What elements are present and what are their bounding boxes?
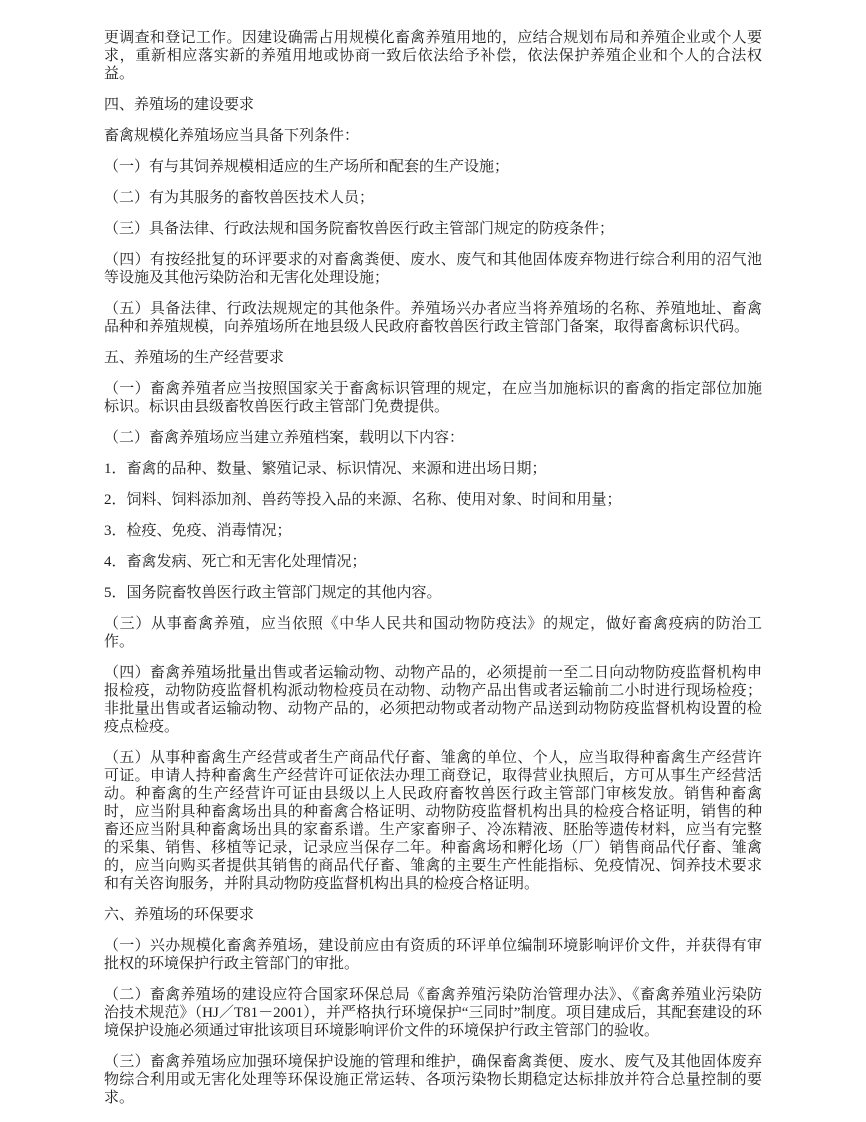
list-item: 2．饲料、饲料添加剂、兽药等投入品的来源、名称、使用对象、时间和用量； <box>104 491 762 509</box>
paragraph: 畜禽规模化养殖场应当具备下列条件： <box>104 127 762 145</box>
numbered-clause: （五）具备法律、行政法规规定的其他条件。养殖场兴办者应当将养殖场的名称、养殖地址… <box>104 300 762 336</box>
numbered-clause: （三）从事畜禽养殖，应当依照《中华人民共和国动物防疫法》的规定，做好畜禽疫病的防… <box>104 615 762 651</box>
section-heading: 五、养殖场的生产经营要求 <box>104 349 762 367</box>
list-item: 4．畜禽发病、死亡和无害化处理情况； <box>104 553 762 571</box>
section-heading: 六、养殖场的环保要求 <box>104 906 762 924</box>
numbered-clause: （一）有与其饲养规模相适应的生产场所和配套的生产设施； <box>104 158 762 176</box>
numbered-clause: （一）兴办规模化畜禽养殖场，建设前应由有资质的环评单位编制环境影响评价文件，并获… <box>104 937 762 973</box>
list-item: 1．畜禽的品种、数量、繁殖记录、标识情况、来源和进出场日期； <box>104 460 762 478</box>
paragraph: 更调查和登记工作。因建设确需占用规模化畜禽养殖用地的，应结合规划布局和养殖企业或… <box>104 29 762 83</box>
numbered-clause: （五）从事种畜禽生产经营或者生产商品代仔畜、雏禽的单位、个人，应当取得种畜禽生产… <box>104 749 762 893</box>
section-heading: 四、养殖场的建设要求 <box>104 96 762 114</box>
numbered-clause: （三）畜禽养殖场应加强环境保护设施的管理和维护，确保畜禽粪便、废水、废气及其他固… <box>104 1053 762 1107</box>
numbered-clause: （二）畜禽养殖场应当建立养殖档案，载明以下内容： <box>104 429 762 447</box>
numbered-clause: （四）有按经批复的环评要求的对畜禽粪便、废水、废气和其他固体废弃物进行综合利用的… <box>104 251 762 287</box>
numbered-clause: （二）畜禽养殖场的建设应符合国家环保总局《畜禽养殖污染防治管理办法》、《畜禽养殖… <box>104 986 762 1040</box>
document-page: 更调查和登记工作。因建设确需占用规模化畜禽养殖用地的，应结合规划布局和养殖企业或… <box>0 0 866 1122</box>
list-item: 5．国务院畜牧兽医行政主管部门规定的其他内容。 <box>104 584 762 602</box>
numbered-clause: （四）畜禽养殖场批量出售或者运输动物、动物产品的，必须提前一至二日向动物防疫监督… <box>104 664 762 736</box>
list-item: 3．检疫、免疫、消毒情况； <box>104 522 762 540</box>
numbered-clause: （三）具备法律、行政法规和国务院畜牧兽医行政主管部门规定的防疫条件； <box>104 220 762 238</box>
numbered-clause: （一）畜禽养殖者应当按照国家关于畜禽标识管理的规定，在应当加施标识的畜禽的指定部… <box>104 380 762 416</box>
numbered-clause: （二）有为其服务的畜牧兽医技术人员； <box>104 189 762 207</box>
